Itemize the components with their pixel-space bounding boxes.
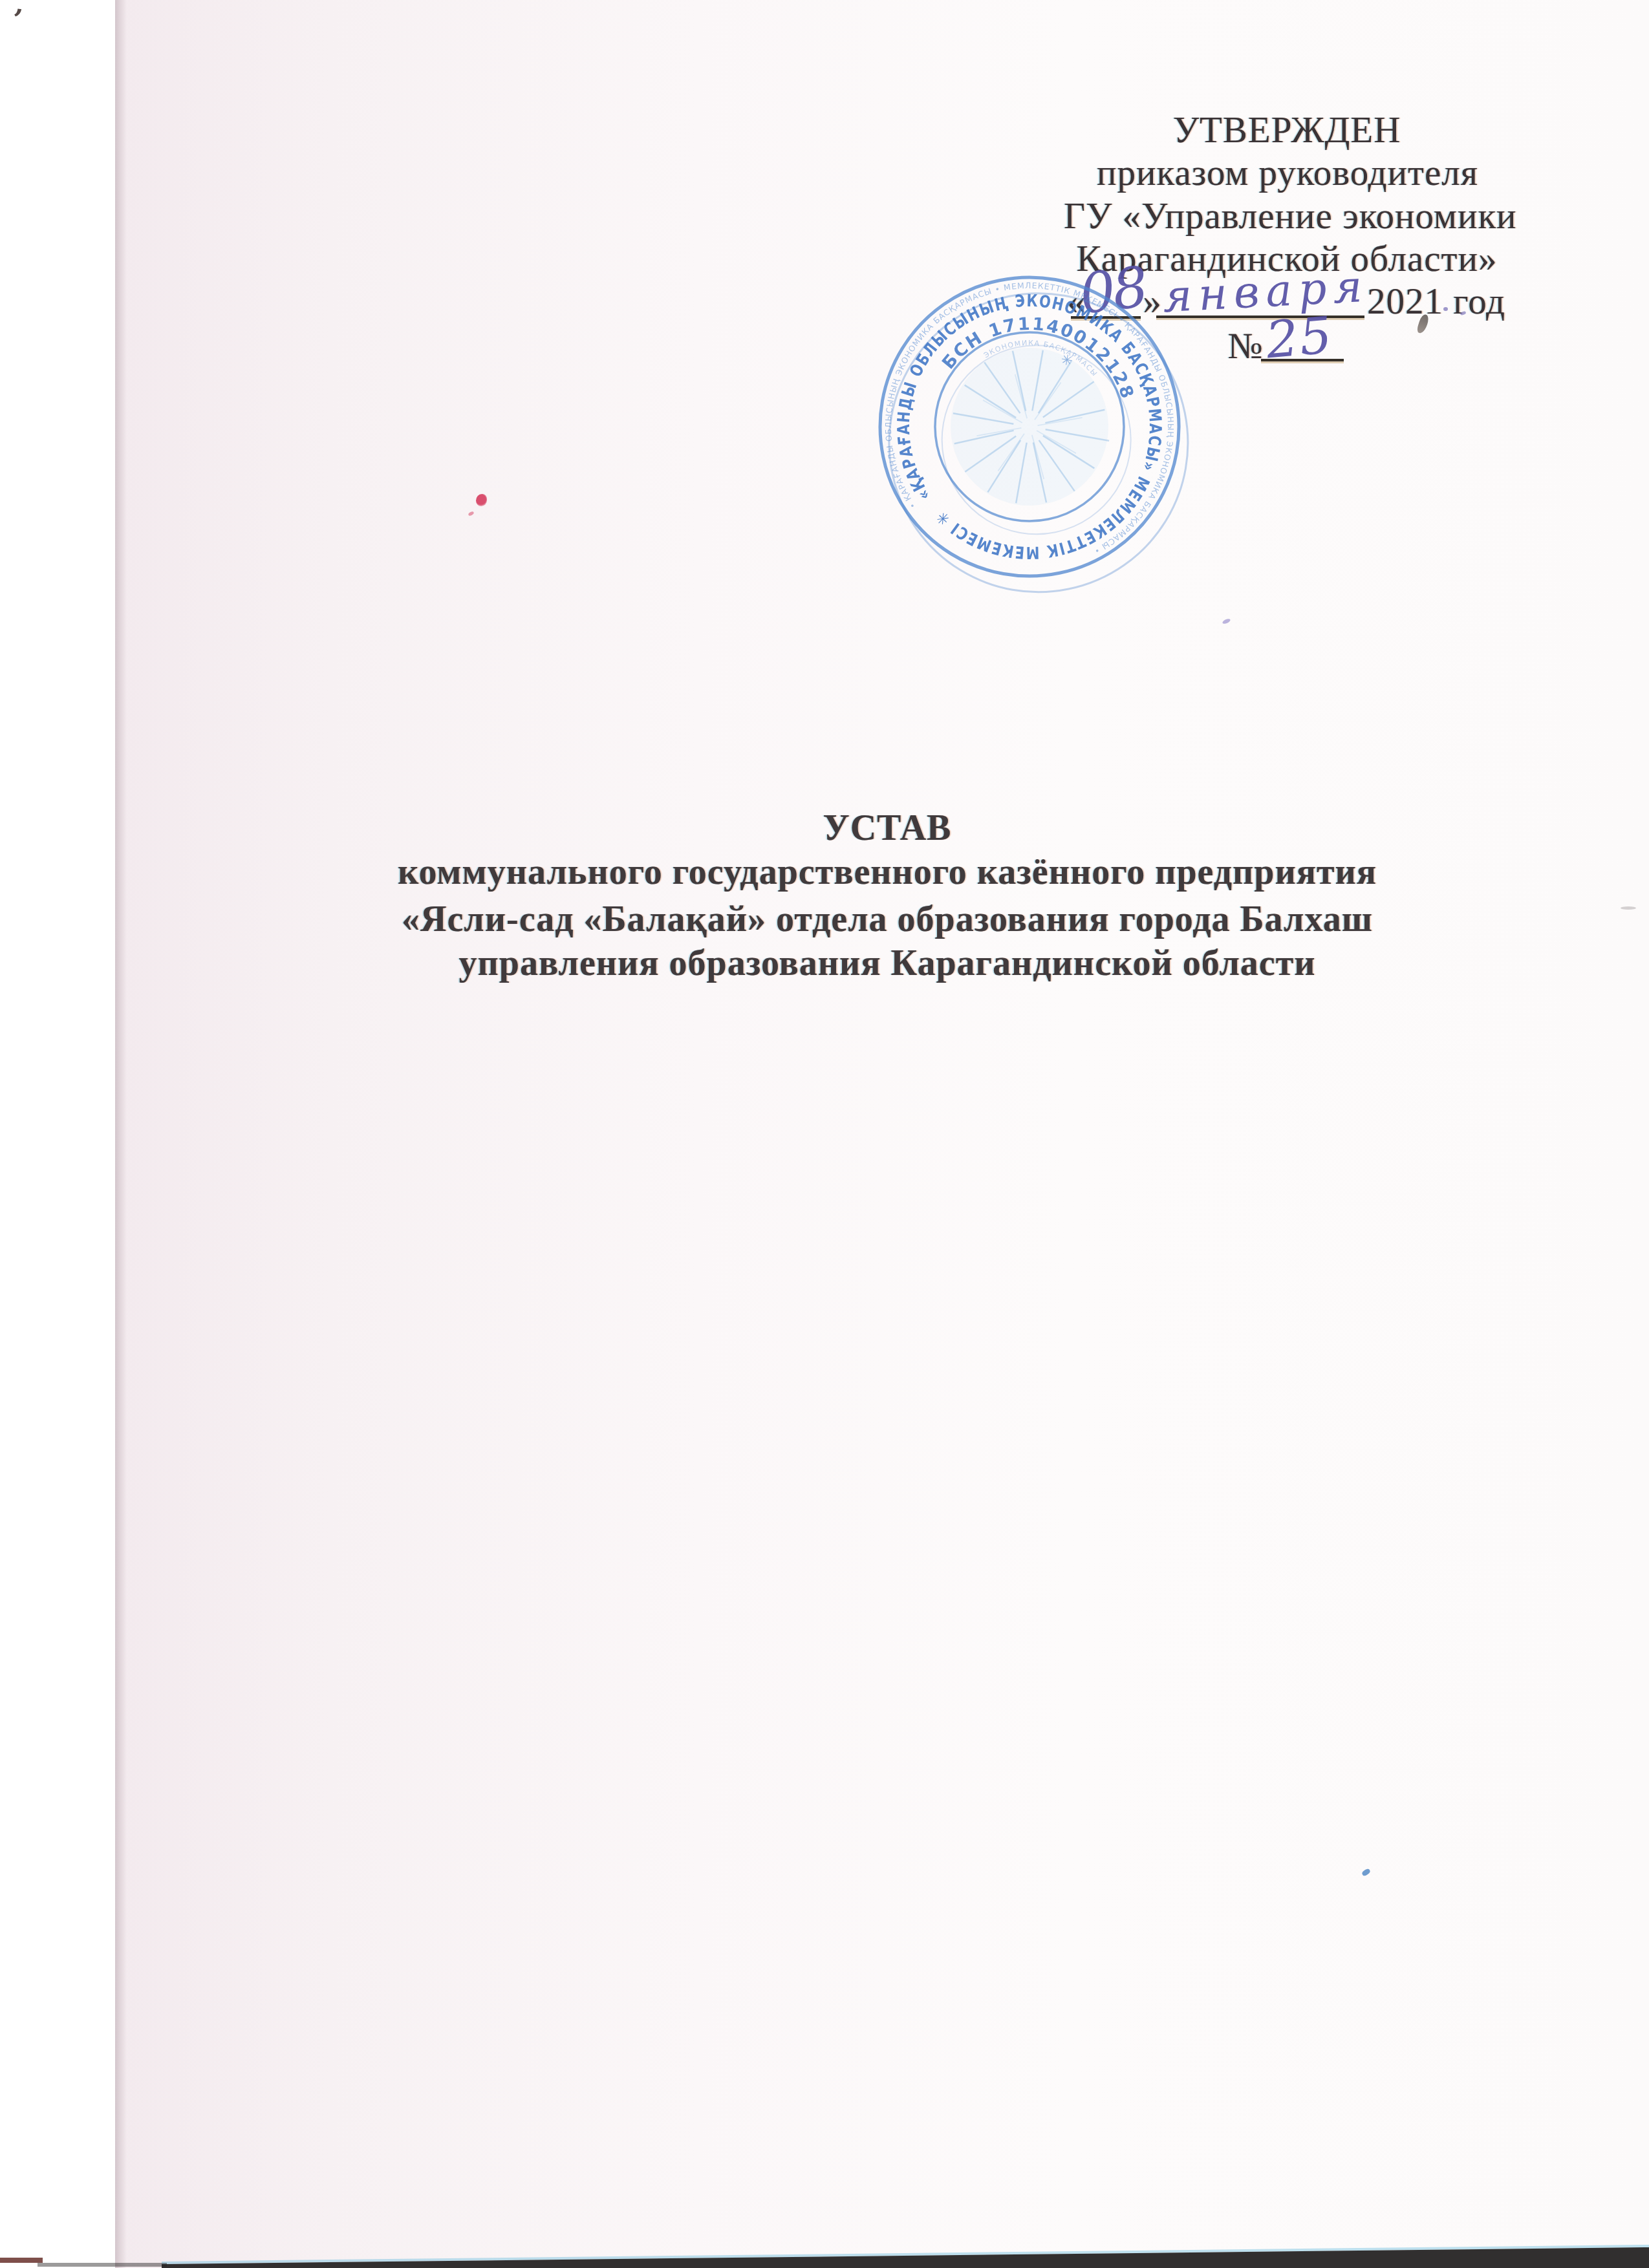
page-left-edge-shadow: [115, 0, 127, 2268]
approval-line-1: УТВЕРЖДЕН: [1158, 109, 1416, 151]
approval-line-2: приказом руководителя: [1086, 152, 1489, 194]
order-number-prefix: №: [1226, 325, 1265, 367]
title-line-2: коммунального государственного казённого…: [370, 851, 1405, 893]
stamp-ink-wash: [938, 336, 1121, 519]
purple-speck-1: [1443, 307, 1448, 311]
title-line-3: «Ясли-сад «Балақай» отдела образования г…: [370, 899, 1405, 940]
faint-gray-dash: [1621, 906, 1636, 910]
stamp-impression: • ҚАРАҒАНДЫ ОБЛЫСЫНЫҢ ЭКОНОМИКА БАСҚАРМА…: [867, 262, 1203, 599]
approval-line-3: ГУ «Управление экономики: [1064, 195, 1510, 237]
bottom-edge-red-dash: [0, 2258, 43, 2263]
red-ink-dot: [476, 494, 487, 506]
bottom-scan-edge: [0, 2224, 1649, 2268]
bottom-edge-fade-tail: [38, 2263, 167, 2267]
title-line-4: управления образования Карагандинской об…: [370, 943, 1405, 984]
date-year: 2021 год: [1362, 281, 1511, 323]
round-stamp-seal: • ҚАРАҒАНДЫ ОБЛЫСЫНЫҢ ЭКОНОМИКА БАСҚАРМА…: [867, 262, 1203, 599]
bottom-edge-dark-band: [162, 2247, 1649, 2268]
number-underline: [1261, 359, 1344, 361]
document-title: УСТАВ: [758, 808, 1017, 849]
ink-speck-apostrophe: ʼ: [10, 3, 24, 37]
